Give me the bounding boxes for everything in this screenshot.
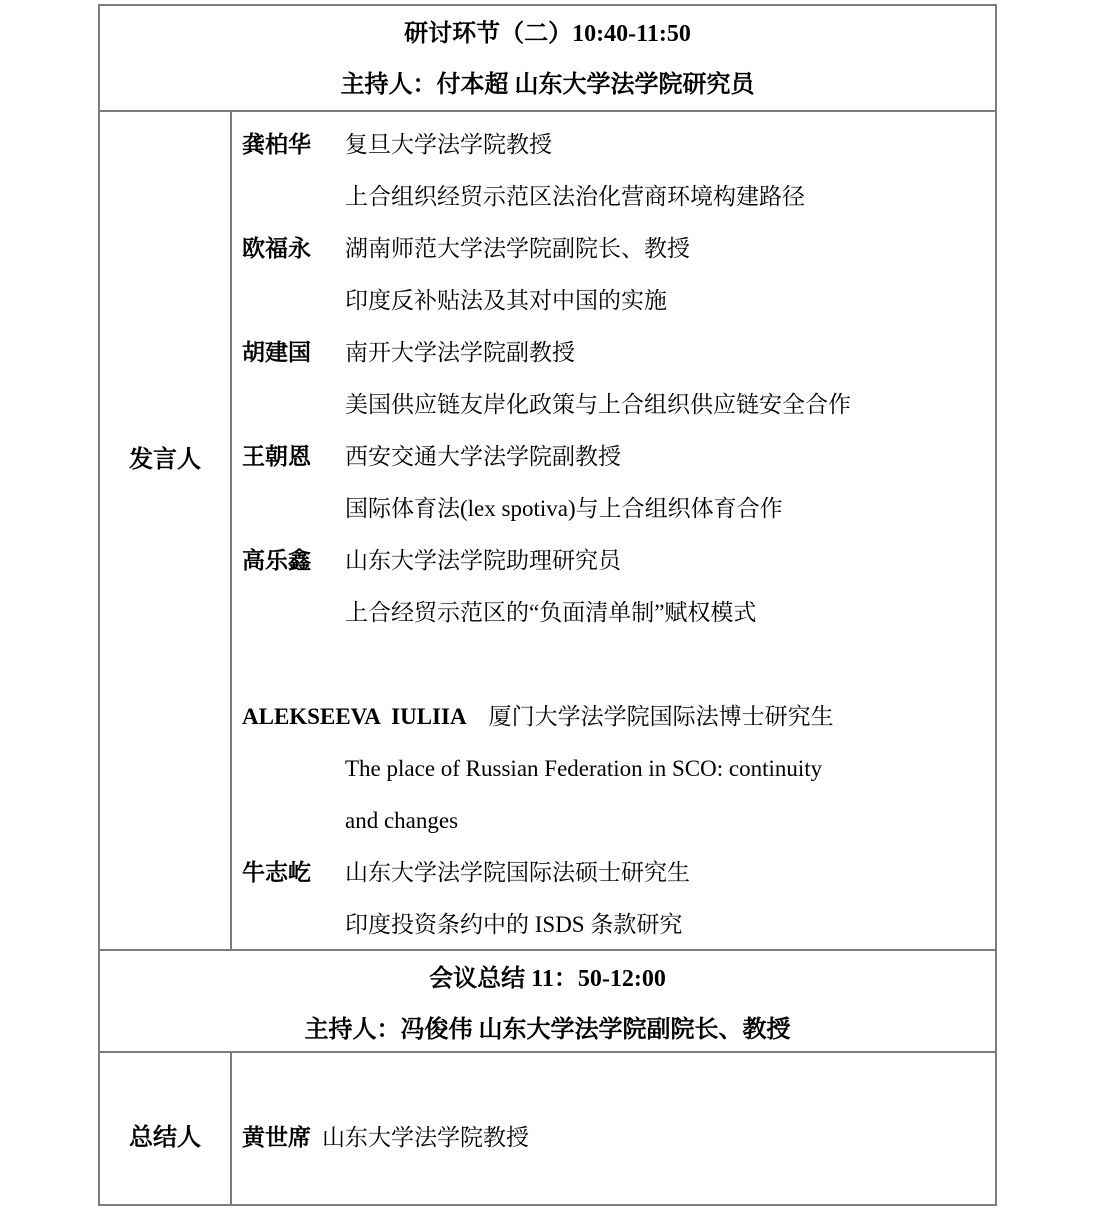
topic-line: 印度反补贴法及其对中国的实施 <box>242 275 987 327</box>
speaker-affiliation: 湖南师范大学法学院副院长、教授 <box>345 223 690 275</box>
speaker-line: 龚柏华 复旦大学法学院教授 <box>242 119 987 171</box>
speaker-line: 欧福永 湖南师范大学法学院副院长、教授 <box>242 223 987 275</box>
speaker-topic: 国际体育法(lex spotiva)与上合组织体育合作 <box>345 483 783 535</box>
speaker-topic: 印度投资条约中的 ISDS 条款研究 <box>345 899 682 949</box>
session-title: 研讨环节（二）10:40-11:50 <box>100 9 995 60</box>
conference-agenda-table: 研讨环节（二）10:40-11:50 主持人：付本超 山东大学法学院研究员 发言… <box>98 4 997 1206</box>
summarizer-role-label: 总结人 <box>100 1112 230 1164</box>
speaker-name: 欧福永 <box>242 223 345 275</box>
speaker-topic: and changes <box>345 795 458 847</box>
speaker-line: 王朝恩 西安交通大学法学院副教授 <box>242 431 987 483</box>
speakers-role-label: 发言人 <box>100 434 230 486</box>
speaker-affiliation: 山东大学法学院国际法硕士研究生 <box>345 847 690 899</box>
summarizer-content-cell: 黄世席 山东大学法学院教授 <box>232 1053 995 1204</box>
speaker-affiliation: 南开大学法学院副教授 <box>345 327 575 379</box>
speaker-affiliation: 厦门大学法学院国际法博士研究生 <box>489 691 834 743</box>
topic-line: The place of Russian Federation in SCO: … <box>242 743 987 795</box>
session-header-row: 研讨环节（二）10:40-11:50 主持人：付本超 山东大学法学院研究员 <box>100 6 995 110</box>
speaker-line: 牛志屹 山东大学法学院国际法硕士研究生 <box>242 847 987 899</box>
blank-line <box>242 639 987 691</box>
speaker-topic: 美国供应链友岸化政策与上合组织供应链安全合作 <box>345 379 851 431</box>
summarizer-affiliation: 山东大学法学院教授 <box>322 1112 529 1164</box>
speaker-name: 胡建国 <box>242 327 345 379</box>
topic-line: 上合经贸示范区的“负面清单制”赋权模式 <box>242 587 987 639</box>
summarizer-row: 总结人 黄世席 山东大学法学院教授 <box>100 1051 995 1204</box>
speaker-affiliation: 山东大学法学院助理研究员 <box>345 535 621 587</box>
session-moderator: 主持人：付本超 山东大学法学院研究员 <box>100 60 995 111</box>
speaker-line: 胡建国 南开大学法学院副教授 <box>242 327 987 379</box>
speakers-row: 发言人 龚柏华 复旦大学法学院教授 上合组织经贸示范区法治化营商环境构建路径 欧… <box>100 110 995 949</box>
speaker-name: 王朝恩 <box>242 431 345 483</box>
summarizer-label-cell: 总结人 <box>100 1053 232 1204</box>
speaker-affiliation: 西安交通大学法学院副教授 <box>345 431 621 483</box>
summarizer-name: 黄世席 <box>242 1112 311 1164</box>
speaker-name: ALEKSEEVA IULIIA <box>242 691 467 743</box>
speaker-line: ALEKSEEVA IULIIA 厦门大学法学院国际法博士研究生 <box>242 691 987 743</box>
speakers-content-cell: 龚柏华 复旦大学法学院教授 上合组织经贸示范区法治化营商环境构建路径 欧福永 湖… <box>232 112 995 949</box>
topic-line: and changes <box>242 795 987 847</box>
summary-title: 会议总结 11：50-12:00 <box>100 954 995 1005</box>
speaker-name: 龚柏华 <box>242 119 345 171</box>
speaker-topic: 上合组织经贸示范区法治化营商环境构建路径 <box>345 171 805 223</box>
topic-line: 上合组织经贸示范区法治化营商环境构建路径 <box>242 171 987 223</box>
speaker-topic: The place of Russian Federation in SCO: … <box>345 743 822 795</box>
summary-header-row: 会议总结 11：50-12:00 主持人：冯俊伟 山东大学法学院副院长、教授 <box>100 949 995 1051</box>
summary-moderator: 主持人：冯俊伟 山东大学法学院副院长、教授 <box>100 1005 995 1056</box>
speaker-topic: 印度反补贴法及其对中国的实施 <box>345 275 667 327</box>
speaker-name: 高乐鑫 <box>242 535 345 587</box>
speaker-line: 高乐鑫 山东大学法学院助理研究员 <box>242 535 987 587</box>
speaker-name: 牛志屹 <box>242 847 345 899</box>
speaker-affiliation: 复旦大学法学院教授 <box>345 119 552 171</box>
speakers-label-cell: 发言人 <box>100 112 232 949</box>
topic-line: 印度投资条约中的 ISDS 条款研究 <box>242 899 987 949</box>
topic-line: 国际体育法(lex spotiva)与上合组织体育合作 <box>242 483 987 535</box>
speaker-topic: 上合经贸示范区的“负面清单制”赋权模式 <box>345 587 756 639</box>
summarizer-line: 黄世席 山东大学法学院教授 <box>242 1112 987 1164</box>
topic-line: 美国供应链友岸化政策与上合组织供应链安全合作 <box>242 379 987 431</box>
